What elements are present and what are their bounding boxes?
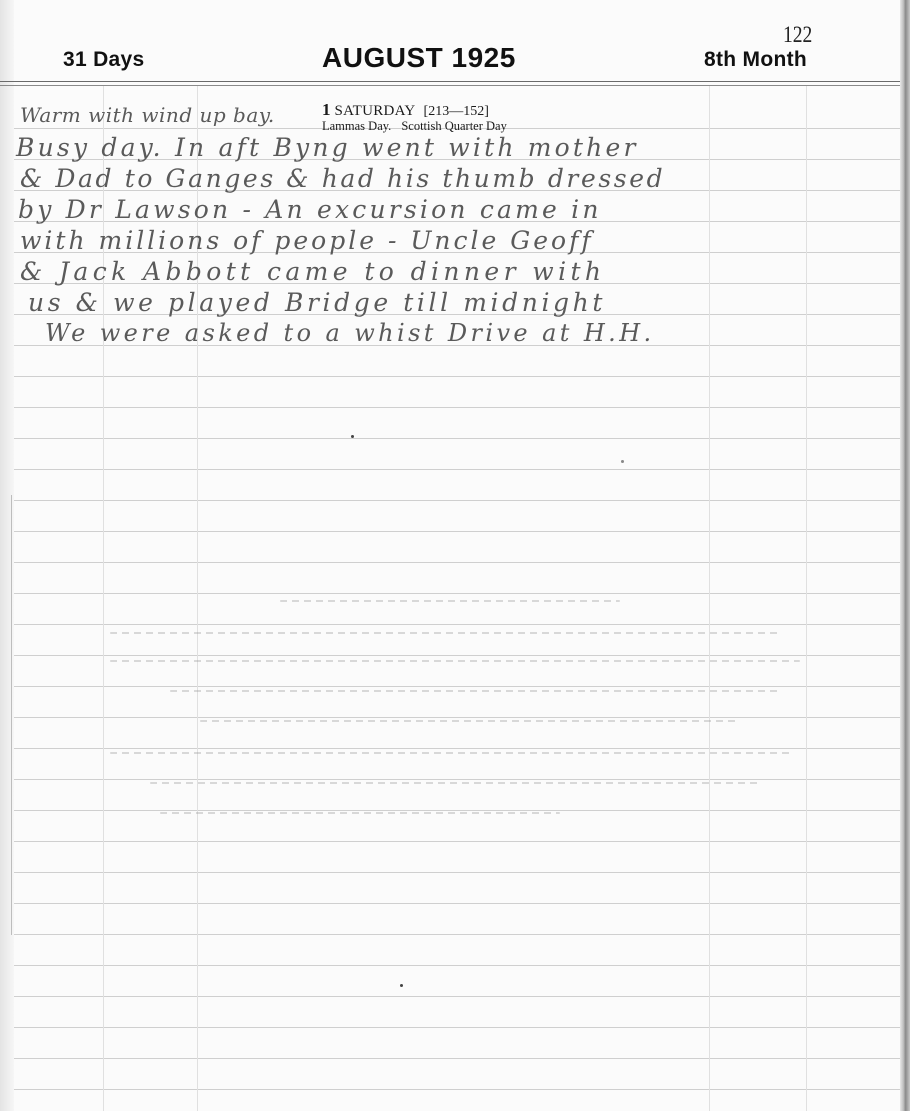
ruled-line: [14, 469, 902, 470]
bleed-through-stroke: [110, 632, 780, 634]
ink-speck: [621, 460, 624, 463]
ruled-line: [14, 438, 902, 439]
ruled-line: [14, 996, 902, 997]
ruled-line: [14, 531, 902, 532]
bleed-through-stroke: [110, 752, 790, 754]
ruled-line: [14, 1058, 902, 1059]
bleed-through-stroke: [150, 782, 760, 784]
entry-line: by Dr Lawson - An excursion came in: [18, 195, 602, 224]
handwritten-entry: Warm with wind up bay. Busy day. In aft …: [0, 0, 902, 420]
ruled-line: [14, 810, 902, 811]
ruled-line: [14, 562, 902, 563]
entry-line: Warm with wind up bay.: [20, 103, 275, 127]
ruled-line: [14, 500, 902, 501]
ruled-line: [14, 717, 902, 718]
entry-line: Busy day. In aft Byng went with mother: [16, 133, 639, 162]
entry-line: We were asked to a whist Drive at H.H.: [45, 319, 655, 347]
bleed-through-stroke: [280, 600, 620, 602]
bleed-through-stroke: [200, 720, 740, 722]
ruled-line: [14, 1027, 902, 1028]
ruled-line: [14, 748, 902, 749]
ink-speck: [351, 435, 354, 438]
bleed-through-stroke: [160, 812, 560, 814]
ruled-line: [14, 934, 902, 935]
ruled-line: [14, 779, 902, 780]
ruled-line: [14, 655, 902, 656]
ruled-line: [14, 872, 902, 873]
ink-speck: [400, 984, 403, 987]
ruled-line: [14, 686, 902, 687]
entry-line: with millions of people - Uncle Geoff: [20, 226, 594, 255]
ruled-line: [14, 841, 902, 842]
entry-line: & Jack Abbott came to dinner with: [20, 257, 605, 286]
ruled-line: [14, 965, 902, 966]
ruled-line: [14, 624, 902, 625]
page-edge-mark: [11, 495, 12, 935]
bleed-through-stroke: [110, 660, 800, 662]
entry-line: us & we played Bridge till midnight: [28, 288, 606, 317]
ruled-line: [14, 1089, 902, 1090]
ruled-line: [14, 593, 902, 594]
diary-page: 31 Days AUGUST 1925 8th Month 122 1 SATU…: [0, 0, 910, 1111]
page-binding-edge: [900, 0, 910, 1111]
entry-line: & Dad to Ganges & had his thumb dressed: [20, 164, 665, 193]
ruled-line: [14, 903, 902, 904]
bleed-through-stroke: [170, 690, 780, 692]
